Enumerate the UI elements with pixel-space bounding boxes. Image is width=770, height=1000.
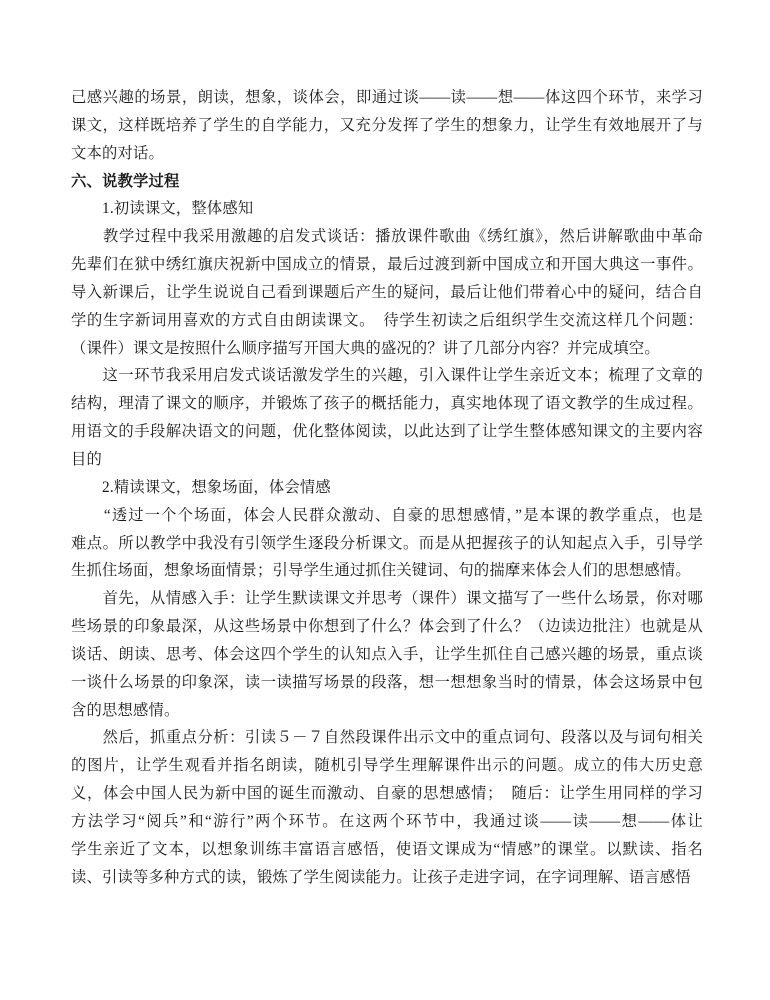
text-line: 方法学习“阅兵”和“游行”两个环节。在这两个环节中，我通过谈——读——想——体让 [71, 808, 703, 836]
document-text-block[interactable]: 己感兴趣的场景，朗读，想象，谈体会，即通过谈——读——想——体这四个环节，来学习… [71, 84, 703, 891]
text-line: 些场景的印象最深，从这些场景中你想到了什么？体会到了什么？（边读边批注）也就是从 [71, 613, 703, 641]
body-paragraph: 首先，从情感入手：让学生默读课文并思考（课件）课文描写了一些什么场景，你对哪些场… [71, 585, 703, 724]
section-heading-line: 六、说教学过程 [71, 168, 703, 196]
text-line: 用语文的手段解决语文的问题，优化整体阅读，以此达到了让学生整体感知课文的主要内容 [71, 418, 703, 446]
text-line: 1.初读课文，整体感知 [71, 195, 703, 223]
body-paragraph: 这一环节我采用启发式谈话激发学生的兴趣，引入课件让学生亲近文本；梳理了文章的结构… [71, 362, 703, 473]
text-line: 导入新课后，让学生说说自己看到课题后产生的疑问，最后让他们带着心中的疑问，结合自 [71, 279, 703, 307]
text-line: 首先，从情感入手：让学生默读课文并思考（课件）课文描写了一些什么场景，你对哪 [71, 585, 703, 613]
text-line: 文本的对话。 [71, 140, 703, 168]
body-paragraph: 然后，抓重点分析：引读５－７自然段课件出示文中的重点词句、段落以及与词句相关的图… [71, 724, 703, 891]
text-line: 然后，抓重点分析：引读５－７自然段课件出示文中的重点词句、段落以及与词句相关 [71, 724, 703, 752]
text-line: （课件）课文是按照什么顺序描写开国大典的盛况的？讲了几部分内容？并完成填空。 [71, 335, 703, 363]
text-line: 结构，理清了课文的顺序，并锻炼了孩子的概括能力，真实地体现了语文教学的生成过程。 [71, 390, 703, 418]
text-line: 己感兴趣的场景，朗读，想象，谈体会，即通过谈——读——想——体这四个环节，来学习 [71, 84, 703, 112]
body-paragraph: 教学过程中我采用激趣的启发式谈话：播放课件歌曲《绣红旗》，然后讲解歌曲中革命先辈… [71, 223, 703, 362]
subsection-heading: 2.精读课文，想象场面，体会情感 [71, 474, 703, 502]
body-paragraph-continuation: 己感兴趣的场景，朗读，想象，谈体会，即通过谈——读——想——体这四个环节，来学习… [71, 84, 703, 168]
text-line: 学生亲近了文本，以想象训练丰富语言感悟，使语文课成为“情感”的课堂。以默读、指名 [71, 836, 703, 864]
text-line: 含的思想感情。 [71, 697, 703, 725]
text-line: 这一环节我采用启发式谈话激发学生的兴趣，引入课件让学生亲近文本；梳理了文章的 [71, 362, 703, 390]
text-line: 读、引读等多种方式的读，锻炼了学生阅读能力。让孩子走进字词，在字词理解、语言感悟 [71, 864, 703, 892]
text-line: 难点。所以教学中我没有引领学生逐段分析课文。而是从把握孩子的认知起点入手，引导学 [71, 530, 703, 558]
text-line: 义，体会中国人民为新中国的诞生而激动、自豪的思想感情； 随后：让学生用同样的学习 [71, 780, 703, 808]
text-line: “透过一个个场面，体会人民群众激动、自豪的思想感情，”是本课的教学重点，也是 [71, 502, 703, 530]
text-line: 学的生字新词用喜欢的方式自由朗读课文。 待学生初读之后组织学生交流这样几个问题： [71, 307, 703, 335]
text-line: 教学过程中我采用激趣的启发式谈话：播放课件歌曲《绣红旗》，然后讲解歌曲中革命 [71, 223, 703, 251]
section-heading: 六、说教学过程 [71, 168, 703, 196]
text-line: 生抓住场面，想象场面情景；引导学生通过抓住关键词、句的揣摩来体会人们的思想感情。 [71, 557, 703, 585]
document-page: 己感兴趣的场景，朗读，想象，谈体会，即通过谈——读——想——体这四个环节，来学习… [0, 0, 770, 1000]
text-line: 谈话、朗读、思考、体会这四个学生的认知点入手，让学生抓住自己感兴趣的场景，重点谈 [71, 641, 703, 669]
subsection-heading: 1.初读课文，整体感知 [71, 195, 703, 223]
body-paragraph: “透过一个个场面，体会人民群众激动、自豪的思想感情，”是本课的教学重点，也是难点… [71, 502, 703, 586]
text-line: 2.精读课文，想象场面，体会情感 [71, 474, 703, 502]
text-line: 的图片，让学生观看并指名朗读，随机引导学生理解课件出示的问题。成立的伟大历史意 [71, 752, 703, 780]
text-line: 目的 [71, 446, 703, 474]
text-line: 先辈们在狱中绣红旗庆祝新中国成立的情景，最后过渡到新中国成立和开国大典这一事件。 [71, 251, 703, 279]
text-line: 课文，这样既培养了学生的自学能力，又充分发挥了学生的想象力，让学生有效地展开了与 [71, 112, 703, 140]
text-line: 一谈什么场景的印象深，读一读描写场景的段落，想一想想象当时的情景，体会这场景中包 [71, 669, 703, 697]
